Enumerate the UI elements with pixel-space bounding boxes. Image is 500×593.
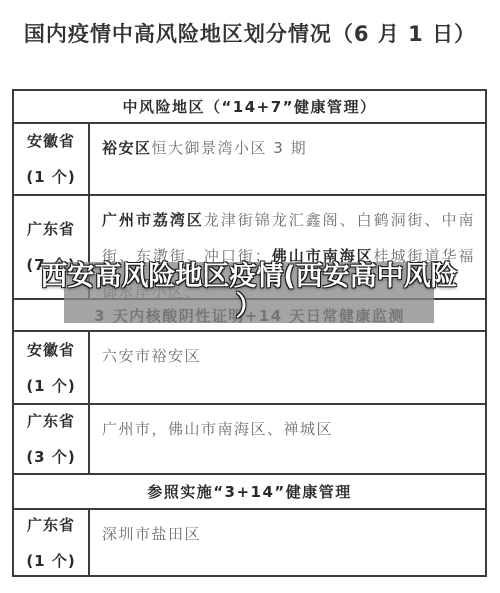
- area-list-cell: 裕安区恒大御景湾小区 3 期: [90, 124, 485, 194]
- province-name: 广东省: [27, 211, 75, 247]
- province-cell: 广东省 (3 个): [14, 405, 90, 473]
- headline-line-2: ）: [236, 292, 263, 322]
- watermark-headline-overlay: 西安高风险地区疫情(西安高中风险 ）: [64, 262, 434, 323]
- province-cell: 安徽省 (1 个): [14, 332, 90, 403]
- table-row-guangdong-monitor: 广东省 (3 个) 广州市，佛山市南海区、禅城区: [14, 405, 485, 475]
- province-name: 广东省: [27, 403, 75, 439]
- province-name: 安徽省: [27, 123, 75, 159]
- province-count: (1 个): [26, 159, 75, 195]
- area-list-cell: 深圳市盐田区: [90, 510, 485, 575]
- table-row-anhui-monitor: 安徽省 (1 个) 六安市裕安区: [14, 332, 485, 405]
- headline-line-1: 西安高风险地区疫情(西安高中风险: [40, 262, 457, 292]
- province-cell: 广东省 (1 个): [14, 510, 90, 575]
- area-list-cell: 广州市，佛山市南海区、禅城区: [90, 405, 485, 473]
- page-title: 国内疫情中高风险地区划分情况（6 月 1 日）: [0, 18, 500, 48]
- province-count: (3 个): [26, 439, 75, 475]
- section-header-mid-risk: 中风险地区（“14+7”健康管理）: [14, 91, 485, 124]
- table-row-anhui-mid: 安徽省 (1 个) 裕安区恒大御景湾小区 3 期: [14, 124, 485, 196]
- area-list-cell: 六安市裕安区: [90, 332, 485, 403]
- table-row-guangdong-reference: 广东省 (1 个) 深圳市盐田区: [14, 510, 485, 575]
- risk-area-table: 中风险地区（“14+7”健康管理） 安徽省 (1 个) 裕安区恒大御景湾小区 3…: [12, 89, 487, 577]
- province-count: (1 个): [26, 543, 75, 579]
- province-name: 安徽省: [27, 332, 75, 368]
- section-header-reference: 参照实施“3+14”健康管理: [14, 475, 485, 510]
- province-count: (1 个): [26, 368, 75, 404]
- province-cell: 安徽省 (1 个): [14, 124, 90, 194]
- province-name: 广东省: [27, 507, 75, 543]
